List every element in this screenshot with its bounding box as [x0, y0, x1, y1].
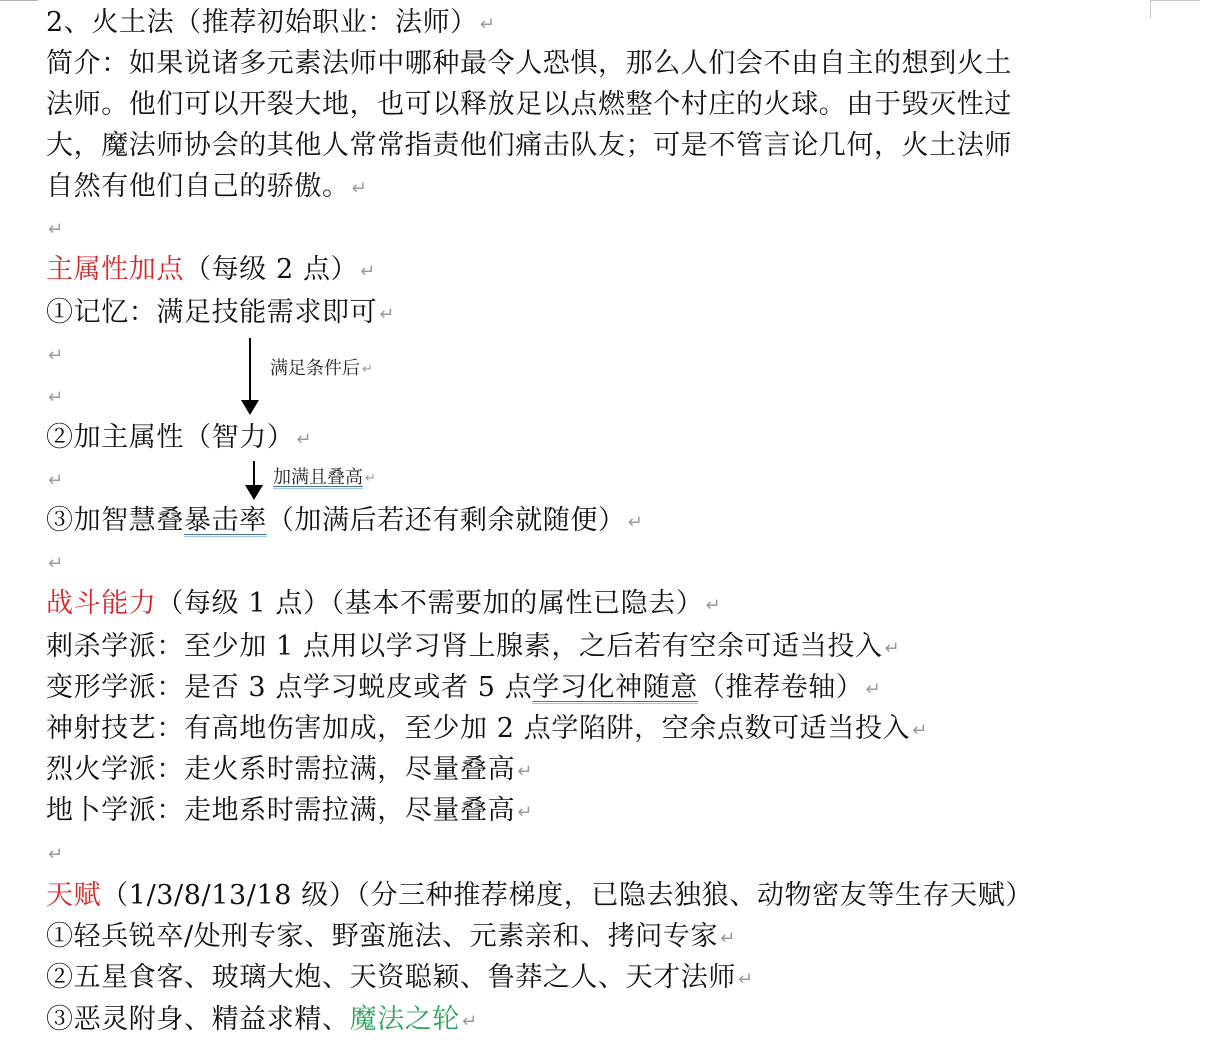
- paragraph-mark-icon: ↵: [517, 761, 533, 782]
- page-corner-mark-right: [1150, 0, 1151, 18]
- arrow-label-text: 满足条件后: [270, 358, 360, 379]
- step-text: （加满后若还有剩余就随便）: [267, 505, 626, 536]
- combat-item-text: （推荐卷轴）: [698, 672, 864, 703]
- combat-item-shapeshift: 变形学派：是否 3 点学习蜕皮或者 5 点学习化神随意（推荐卷轴）↵: [46, 667, 881, 708]
- arrow-label-text: 加满且叠高: [273, 467, 363, 489]
- talents-heading-suffix: （1/3/8/13/18 级）（分三种推荐梯度，已隐去独狼、动物密友等生存天赋）: [101, 880, 1033, 911]
- shapeshift-underlined-text[interactable]: 学习化神随意: [532, 672, 698, 704]
- combat-item-text: 变形学派：是否 3 点学习蜕皮或者 5 点: [46, 672, 532, 703]
- talents-heading: 天赋（1/3/8/13/18 级）（分三种推荐梯度，已隐去独狼、动物密友等生存天…: [46, 875, 1033, 916]
- paragraph-mark-icon: ↵: [866, 679, 882, 700]
- empty-paragraph: ↵: [46, 541, 64, 582]
- paragraph-mark-icon: ↵: [480, 14, 496, 35]
- talent-tier-text: ②五星食客、玻璃大炮、天资聪颖、鲁莽之人、天才法师: [46, 962, 736, 993]
- intro-line-3: 大，魔法师协会的其他人常常指责他们痛击队友；可是不管言论几何，火土法师: [46, 125, 1012, 166]
- step-text: ②加主属性（智力）: [46, 422, 294, 453]
- flow-arrow-2-shaft[interactable]: [253, 461, 255, 487]
- talent-tier-text: ①轻兵锐卒/处刑专家、野蛮施法、元素亲和、拷问专家: [46, 921, 718, 952]
- main-attribute-heading-text: 主属性加点: [46, 254, 184, 285]
- main-attribute-step-3: ③加智慧叠暴击率（加满后若还有剩余就随便）↵: [46, 500, 643, 541]
- page-corner-mark-left: [0, 0, 38, 1]
- empty-paragraph: ↵: [46, 458, 64, 499]
- paragraph-mark-icon: ↵: [48, 345, 64, 366]
- paragraph-mark-icon: ↵: [885, 638, 901, 659]
- arrow-down-icon: [245, 485, 263, 500]
- empty-paragraph: ↵: [46, 375, 64, 416]
- paragraph-mark-icon: ↵: [360, 261, 376, 282]
- paragraph-mark-icon: ↵: [48, 387, 64, 408]
- paragraph-mark-icon: ↵: [379, 304, 395, 325]
- paragraph-mark-icon: ↵: [365, 471, 376, 486]
- intro-line-1: 简介：如果说诸多元素法师中哪种最令人恐惧，那么人们会不由自主的想到火土: [46, 43, 1012, 84]
- main-attribute-step-2: ②加主属性（智力）↵: [46, 417, 312, 458]
- main-attribute-heading-suffix: （每级 2 点）: [184, 254, 358, 285]
- paragraph-mark-icon: ↵: [738, 969, 754, 990]
- combat-item-text: 地卜学派：走地系时需拉满，尽量叠高: [46, 795, 515, 826]
- main-attribute-step-1: ①记忆：满足技能需求即可↵: [46, 292, 395, 333]
- combat-item-text: 神射技艺：有高地伤害加成，至少加 2 点学陷阱，空余点数可适当投入: [46, 713, 910, 744]
- paragraph-mark-icon: ↵: [912, 720, 928, 741]
- paragraph-mark-icon: ↵: [362, 362, 373, 377]
- arrow-2-label[interactable]: 加满且叠高↵: [273, 463, 376, 489]
- talents-tier-1: ①轻兵锐卒/处刑专家、野蛮施法、元素亲和、拷问专家↵: [46, 916, 736, 957]
- intro-text: 简介：如果说诸多元素法师中哪种最令人恐惧，那么人们会不由自主的想到火土: [46, 48, 1012, 79]
- paragraph-mark-icon: ↵: [48, 553, 64, 574]
- combat-heading-text: 战斗能力: [46, 588, 156, 619]
- empty-paragraph: ↵: [46, 832, 64, 873]
- talents-heading-text: 天赋: [46, 880, 101, 911]
- paragraph-mark-icon: ↵: [296, 429, 312, 450]
- combat-item-pyro: 烈火学派：走火系时需拉满，尽量叠高↵: [46, 749, 533, 790]
- arrow-down-icon: [241, 400, 259, 415]
- page-corner-mark-right-top: [1150, 0, 1200, 1]
- step-text: ③加智慧叠: [46, 505, 184, 536]
- paragraph-mark-icon: ↵: [48, 470, 64, 491]
- combat-item-geo: 地卜学派：走地系时需拉满，尽量叠高↵: [46, 790, 533, 831]
- combat-item-text: 烈火学派：走火系时需拉满，尽量叠高: [46, 754, 515, 785]
- combat-item-marksman: 神射技艺：有高地伤害加成，至少加 2 点学陷阱，空余点数可适当投入↵: [46, 708, 928, 749]
- intro-text: 自然有他们自己的骄傲。: [46, 171, 350, 202]
- paragraph-mark-icon: ↵: [705, 595, 721, 616]
- step-text: ①记忆：满足技能需求即可: [46, 297, 377, 328]
- paragraph-mark-icon: ↵: [48, 219, 64, 240]
- section-title: 2、火土法（推荐初始职业：法师）↵: [46, 2, 495, 43]
- combat-item-assassin: 刺杀学派：至少加 1 点用以学习肾上腺素，之后若有空余可适当投入↵: [46, 626, 900, 667]
- magic-wheel-highlight-text: 魔法之轮: [350, 1004, 460, 1035]
- paragraph-mark-icon: ↵: [628, 512, 644, 533]
- main-attribute-heading: 主属性加点（每级 2 点）↵: [46, 249, 376, 290]
- paragraph-mark-icon: ↵: [462, 1011, 478, 1032]
- empty-paragraph: ↵: [46, 207, 64, 248]
- paragraph-mark-icon: ↵: [352, 178, 368, 199]
- arrow-1-label[interactable]: 满足条件后↵: [270, 354, 373, 380]
- flow-arrow-1-shaft[interactable]: [249, 338, 251, 400]
- intro-line-2: 法师。他们可以开裂大地，也可以释放足以点燃整个村庄的火球。由于毁灭性过: [46, 84, 1012, 125]
- crit-rate-underlined-text[interactable]: 暴击率: [184, 505, 267, 537]
- combat-item-text: 刺杀学派：至少加 1 点用以学习肾上腺素，之后若有空余可适当投入: [46, 631, 883, 662]
- intro-text: 大，魔法师协会的其他人常常指责他们痛击队友；可是不管言论几何，火土法师: [46, 130, 1012, 161]
- intro-text: 法师。他们可以开裂大地，也可以释放足以点燃整个村庄的火球。由于毁灭性过: [46, 89, 1012, 120]
- talents-tier-3: ③恶灵附身、精益求精、魔法之轮↵: [46, 999, 478, 1040]
- intro-line-4: 自然有他们自己的骄傲。↵: [46, 166, 367, 207]
- talents-tier-2: ②五星食客、玻璃大炮、天资聪颖、鲁莽之人、天才法师↵: [46, 957, 754, 998]
- paragraph-mark-icon: ↵: [720, 928, 736, 949]
- empty-paragraph: ↵: [46, 333, 64, 374]
- combat-heading: 战斗能力（每级 1 点）（基本不需要加的属性已隐去）↵: [46, 583, 721, 624]
- combat-heading-suffix: （每级 1 点）（基本不需要加的属性已隐去）: [156, 588, 703, 619]
- section-title-text: 2、火土法（推荐初始职业：法师）: [46, 7, 478, 38]
- paragraph-mark-icon: ↵: [517, 802, 533, 823]
- paragraph-mark-icon: ↵: [48, 844, 64, 865]
- talent-tier-text: ③恶灵附身、精益求精、: [46, 1004, 350, 1035]
